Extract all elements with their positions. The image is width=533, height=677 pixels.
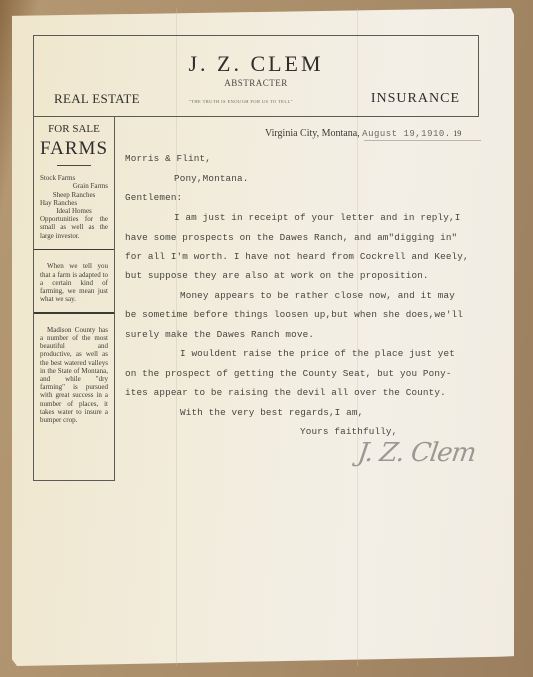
real-estate-label: REAL ESTATE bbox=[54, 91, 140, 107]
body-line: for all I'm worth. I have not heard from… bbox=[125, 251, 469, 262]
farms-heading: FARMS bbox=[40, 139, 108, 159]
for-sale-heading: FOR SALE bbox=[40, 125, 108, 133]
date-rule bbox=[364, 140, 481, 141]
body-line: ites appear to be raising the devil all … bbox=[125, 387, 446, 398]
sidebar-paragraph: When we tell you that a farm is adapted … bbox=[40, 262, 108, 303]
place: Virginia City, Montana, bbox=[265, 128, 360, 139]
sidebar-advert: FOR SALE FARMS Stock Farms Grain Farms S… bbox=[33, 117, 115, 481]
date: August 19,1910. bbox=[362, 129, 451, 139]
body-line: have some prospects on the Dawes Ranch, … bbox=[125, 232, 457, 243]
dateline: Virginia City, Montana, August 19,1910. … bbox=[265, 128, 461, 139]
recipient-name: Morris & Flint, bbox=[125, 153, 211, 164]
list-item: Sheep Ranches bbox=[40, 191, 108, 199]
list-item: Hay Ranches bbox=[40, 199, 108, 207]
divider bbox=[57, 165, 91, 166]
company-title: ABSTRACTER bbox=[34, 78, 478, 88]
list-item: Stock Farms bbox=[40, 174, 108, 182]
body-line: be sometime before things loosen up,but … bbox=[125, 309, 463, 320]
body-line: I am just in receipt of your letter and … bbox=[174, 212, 460, 223]
motto: "THE TRUTH IS ENOUGH FOR US TO TELL" bbox=[189, 99, 293, 104]
letterhead: J. Z. CLEM ABSTRACTER REAL ESTATE "THE T… bbox=[33, 35, 479, 117]
salutation: Gentlemen: bbox=[125, 192, 182, 203]
company-name: J. Z. CLEM bbox=[34, 51, 478, 77]
body-line: on the prospect of getting the County Se… bbox=[125, 368, 452, 379]
body-line: I wouldent raise the price of the place … bbox=[180, 348, 455, 359]
valediction: Yours faithfully, bbox=[300, 426, 397, 437]
list-item: Grain Farms bbox=[40, 182, 108, 190]
list-item: Ideal Homes bbox=[40, 207, 108, 215]
body-line: surely make the Dawes Ranch move. bbox=[125, 329, 314, 340]
body-line: but suppose they are also at work on the… bbox=[125, 270, 429, 281]
divider bbox=[34, 249, 114, 251]
body-line: Money appears to be rather close now, an… bbox=[180, 290, 455, 301]
sidebar-paragraph: Madison County has a number of the most … bbox=[40, 326, 108, 424]
insurance-label: INSURANCE bbox=[371, 91, 460, 107]
farm-types-list: Stock Farms Grain Farms Sheep Ranches Ha… bbox=[40, 174, 108, 240]
year-suffix: 19 bbox=[453, 129, 461, 138]
divider bbox=[34, 312, 114, 314]
list-item: Opportunities for the small as well as t… bbox=[40, 215, 108, 240]
closing-line: With the very best regards,I am, bbox=[180, 407, 363, 418]
signature: J. Z. Clem bbox=[356, 438, 478, 468]
recipient-address: Pony,Montana. bbox=[174, 173, 248, 184]
